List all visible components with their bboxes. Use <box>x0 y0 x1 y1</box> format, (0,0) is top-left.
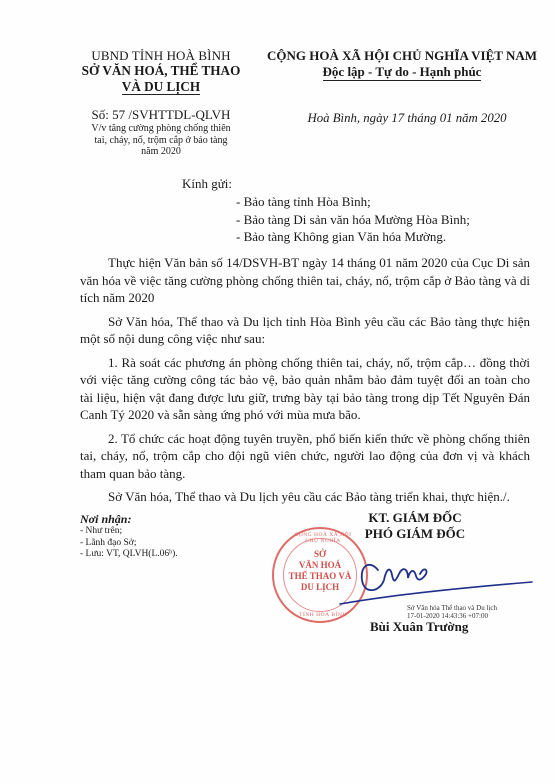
official-letter-page: UBND TỈNH HOÀ BÌNH SỞ VĂN HOÁ, THỂ THAO … <box>0 0 556 783</box>
agency-name-line2: VÀ DU LỊCH <box>122 79 200 95</box>
recipient-item: - Bảo tàng Di sản văn hóa Mường Hòa Bình… <box>236 211 470 229</box>
distribution-item: - Lưu: VT, QLVH(L.06ᵇ). <box>80 549 230 561</box>
national-title: CỘNG HOÀ XÃ HỘI CHỦ NGHĨA VIỆT NAM <box>257 48 547 63</box>
national-motto: Độc lập - Tự do - Hạnh phúc <box>323 64 482 81</box>
subject-line: V/v tăng cường phòng chống thiên <box>66 123 256 135</box>
body-paragraph: Sở Văn hóa, Thể thao và Du lịch tỉnh Hòa… <box>80 313 530 348</box>
signature-block: KT. GIÁM ĐỐC PHÓ GIÁM ĐỐC <box>340 510 490 541</box>
digital-signature-info: Sở Văn hóa Thể thao và Du lịch 17-01-202… <box>407 604 497 620</box>
national-header: CỘNG HOÀ XÃ HỘI CHỦ NGHĨA VIỆT NAM Độc l… <box>257 48 547 126</box>
recipients-label: Kính gửi: <box>182 175 232 192</box>
document-subject: V/v tăng cường phòng chống thiên tai, ch… <box>66 123 256 158</box>
recipient-item: - Bảo tàng Không gian Văn hóa Mường. <box>236 228 470 246</box>
issuing-agency-header: UBND TỈNH HOÀ BÌNH SỞ VĂN HOÁ, THỂ THAO … <box>66 48 256 158</box>
body-paragraph: Sở Văn hóa, Thể thao và Du lịch yêu cầu … <box>80 488 530 506</box>
document-number: Số: 57 /SVHTTDL-QLVH <box>66 107 256 122</box>
signer-role-secondary: PHÓ GIÁM ĐỐC <box>340 526 490 542</box>
distribution-item: - Lãnh đạo Sở; <box>80 538 230 550</box>
signer-name: Bùi Xuân Trường <box>370 619 468 634</box>
signer-role-primary: KT. GIÁM ĐỐC <box>340 510 490 526</box>
distribution-title: Nơi nhận: <box>80 512 230 526</box>
place-and-date: Hoà Bình, ngày 17 tháng 01 năm 2020 <box>257 111 547 126</box>
agency-name-line1: SỞ VĂN HOÁ, THỂ THAO <box>66 63 256 78</box>
seal-ring-text-bottom: TỈNH HOÀ BÌNH <box>288 612 358 618</box>
subject-line: tai, cháy, nổ, trộm cắp ở bảo tàng <box>66 135 256 147</box>
subject-line: năm 2020 <box>66 146 256 158</box>
body-paragraph: 2. Tổ chức các hoạt động tuyên truyền, p… <box>80 430 530 483</box>
body-paragraph: Thực hiện Văn bản số 14/DSVH-BT ngày 14 … <box>80 254 530 307</box>
letter-body: Thực hiện Văn bản số 14/DSVH-BT ngày 14 … <box>80 254 530 512</box>
parent-agency: UBND TỈNH HOÀ BÌNH <box>66 48 256 63</box>
distribution-list: Nơi nhận: - Như trên; - Lãnh đạo Sở; - L… <box>80 512 230 561</box>
handwritten-signature-icon <box>300 540 540 610</box>
recipient-item: - Bảo tàng tỉnh Hòa Bình; <box>236 193 470 211</box>
body-paragraph: 1. Rà soát các phương án phòng chống thi… <box>80 354 530 424</box>
recipients-list: - Bảo tàng tỉnh Hòa Bình; - Bảo tàng Di … <box>236 193 470 246</box>
distribution-item: - Như trên; <box>80 526 230 538</box>
esign-org: Sở Văn hóa Thể thao và Du lịch <box>407 604 497 612</box>
